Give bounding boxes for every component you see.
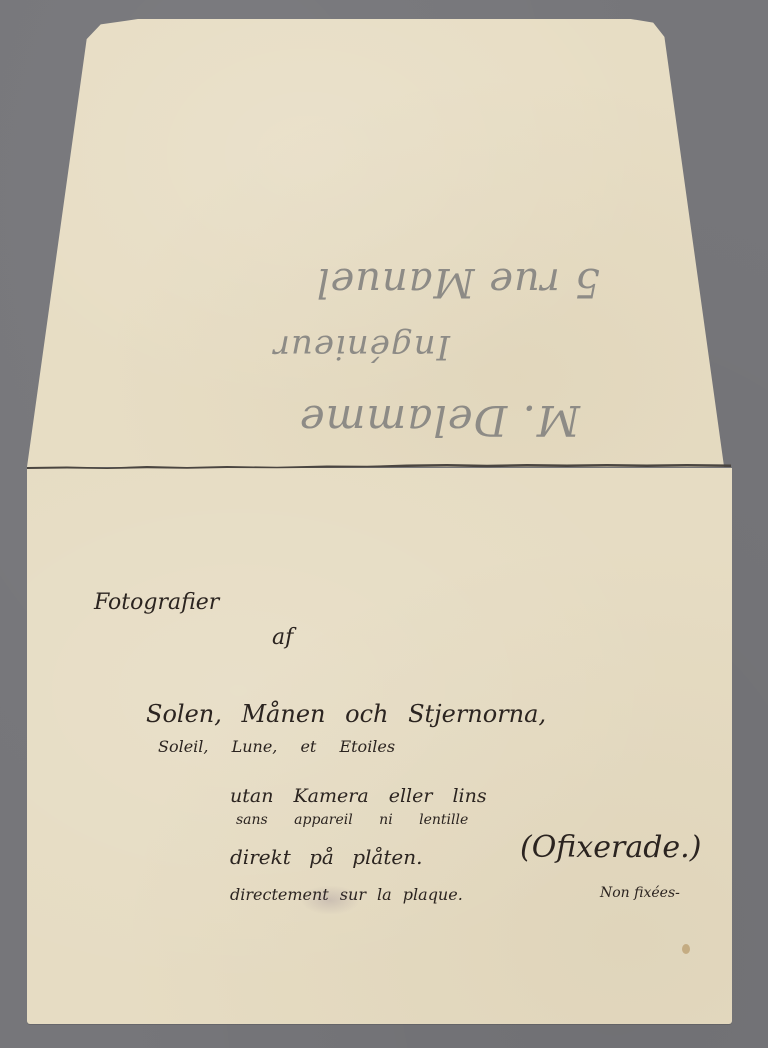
letter-title: Fotografier [94,590,219,615]
line-french-unfixed: Non fixées- [600,885,680,901]
torn-fold-edge [27,462,731,470]
paper-stain [682,944,690,954]
address-street: 5 rue Manuel [316,259,600,305]
line-swedish-subjects: Solen, Månen och Stjernorna, [146,700,546,728]
line-swedish-no-camera: utan Kamera eller lins [230,785,487,807]
line-french-subjects: Soleil, Lune, et Etoiles [158,737,395,756]
address-title: Ingénieur [273,327,450,367]
ink-smudge [300,885,360,915]
line-unfixed-note: (Ofixerade.) [520,830,701,865]
line-french-no-camera: sans appareil ni lentille [236,812,468,828]
letter-of: af [272,625,293,650]
flap-address: M. Delamme Ingénieur 5 rue Manuel [180,225,600,455]
address-name: M. Delamme [299,396,580,445]
line-swedish-direct: direkt på plåten. [230,845,422,869]
